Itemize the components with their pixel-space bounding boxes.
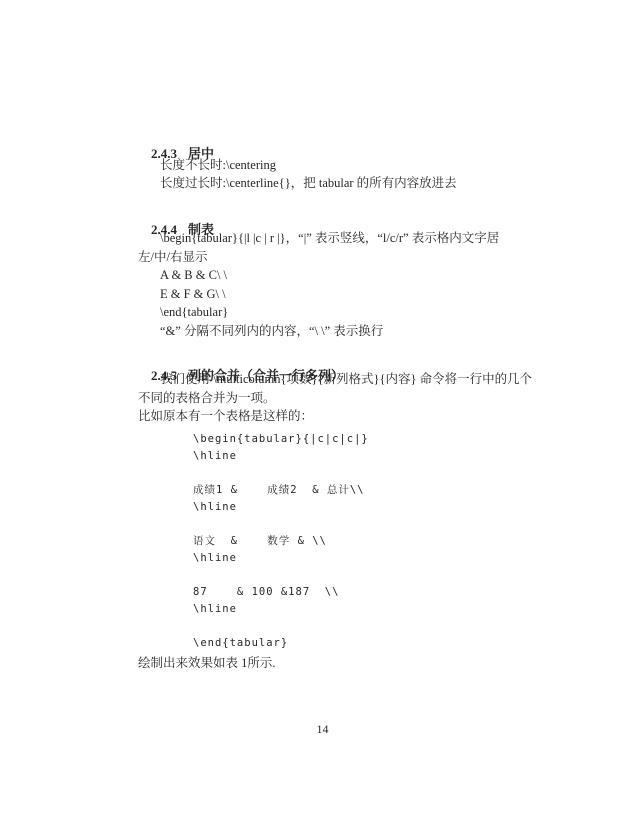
body-line: 不同的表格合并为一项。 xyxy=(138,389,507,408)
section-2-4-5-body: 我们使用 \multicolumn{项数}{新列格式}{内容} 命令将一行中的几… xyxy=(138,370,507,426)
page-number: 14 xyxy=(138,720,507,738)
section-heading-2-4-3: 2.4.3居中 xyxy=(138,127,507,145)
code-line: \begin{tabular}{|c|c|c|} xyxy=(193,431,507,448)
body-line: 左/中/右显示 xyxy=(138,248,507,267)
body-line: 长度不长时:\centering xyxy=(138,156,507,174)
latex-code-block: \begin{tabular}{|c|c|c|} \hline 成绩1 & 成绩… xyxy=(193,431,507,652)
body-line: E & F & G\ \ xyxy=(138,285,507,304)
body-line: 比如原本有一个表格是这样的： xyxy=(138,407,507,426)
code-line: \hline xyxy=(193,550,507,567)
code-line: 87 & 100 &187 \\ xyxy=(193,584,507,601)
body-line: 长度过长时:\centerline{}，把 tabular 的所有内容放进去 xyxy=(138,174,507,192)
body-line: A & B & C\ \ xyxy=(138,266,507,285)
section-2-4-3-body: 长度不长时:\centering 长度过长时:\centerline{}，把 t… xyxy=(138,156,507,192)
code-line xyxy=(193,567,507,584)
body-line: \begin{tabular}{|l |c | r |}，“|” 表示竖线，“l… xyxy=(138,229,507,248)
code-line xyxy=(193,465,507,482)
document-page: 2.4.3居中 长度不长时:\centering 长度过长时:\centerli… xyxy=(0,0,640,828)
body-line: “&” 分隔不同列内的内容，“\ \” 表示换行 xyxy=(138,322,507,341)
code-line: 成绩1 & 成绩2 & 总计\\ xyxy=(193,482,507,499)
code-line: \hline xyxy=(193,448,507,465)
code-line: \hline xyxy=(193,499,507,516)
body-line: \end{tabular} xyxy=(138,303,507,322)
body-line: 我们使用 \multicolumn{项数}{新列格式}{内容} 命令将一行中的几… xyxy=(138,370,507,389)
section-heading-2-4-4: 2.4.4制表 xyxy=(138,203,507,221)
code-line: 语文 & 数学 & \\ xyxy=(193,533,507,550)
code-line xyxy=(193,516,507,533)
code-line: \hline xyxy=(193,601,507,618)
code-line: \end{tabular} xyxy=(193,635,507,652)
body-line: 绘制出来效果如表 1所示. xyxy=(138,654,507,672)
code-line xyxy=(193,618,507,635)
section-heading-2-4-5: 2.4.5列的合并（合并一行多列） xyxy=(138,349,507,367)
section-2-4-4-body: \begin{tabular}{|l |c | r |}，“|” 表示竖线，“l… xyxy=(138,229,507,340)
